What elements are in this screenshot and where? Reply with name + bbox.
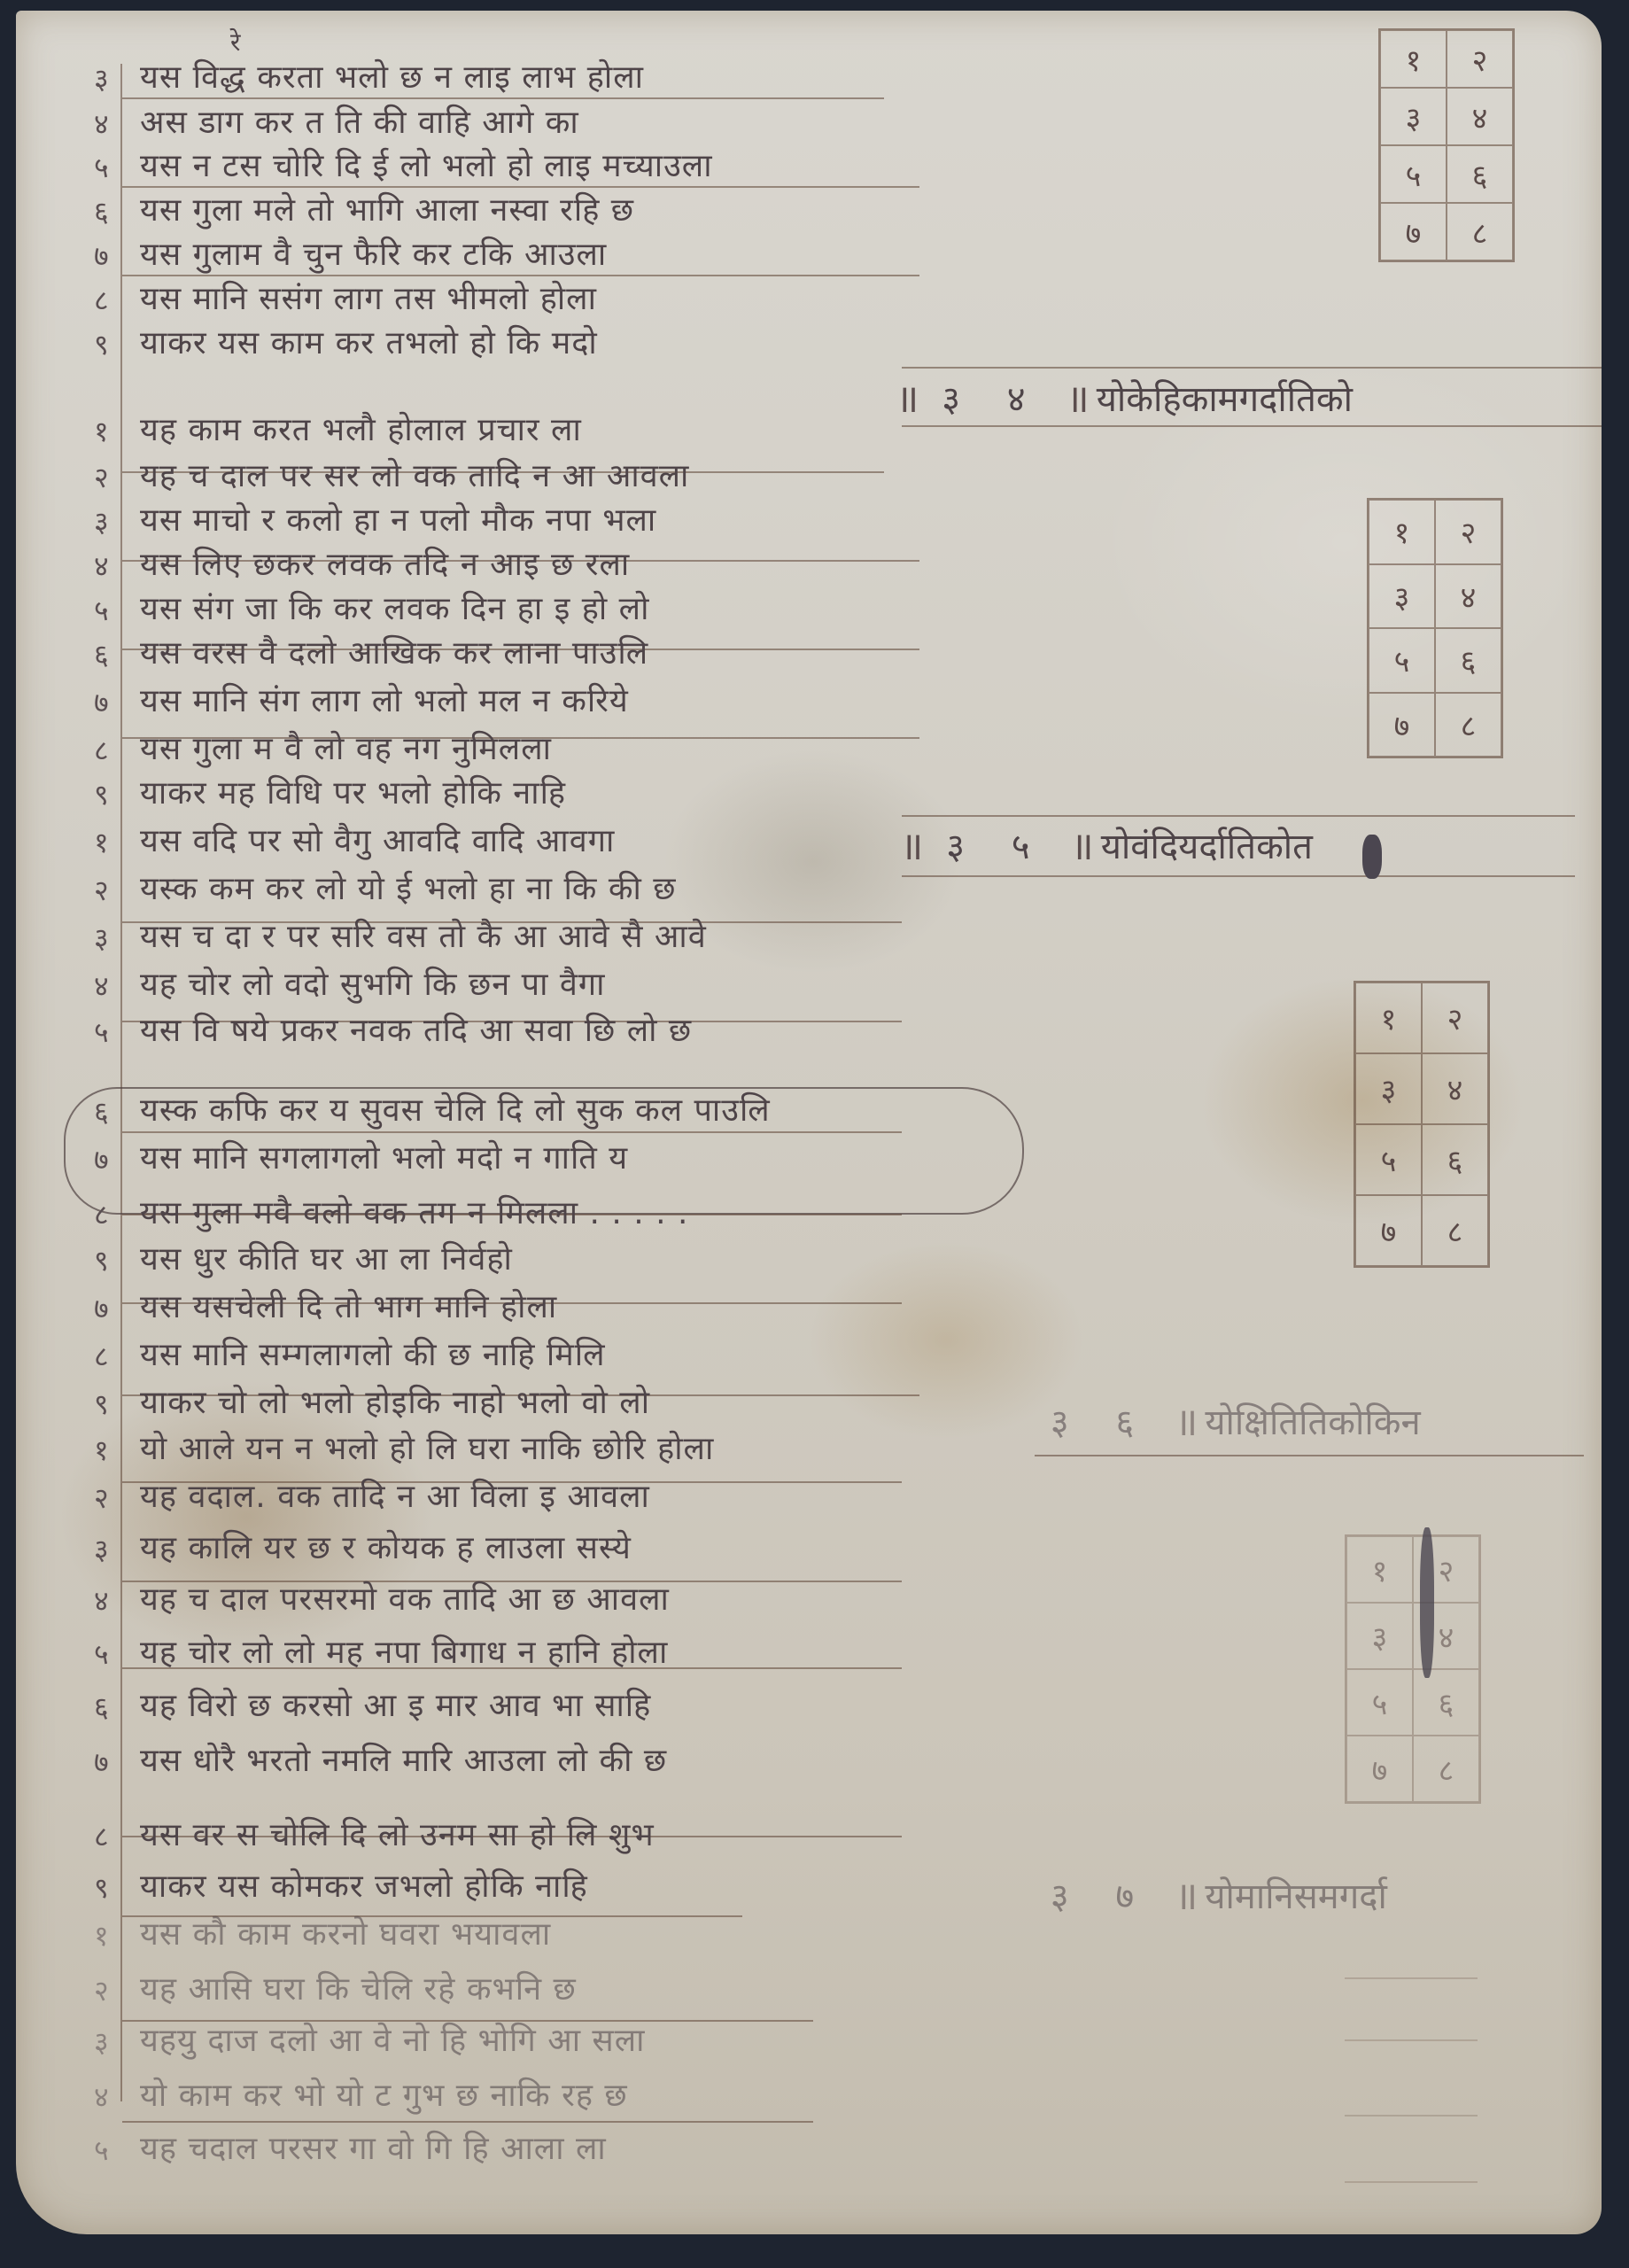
text-row: ४यस लिए छकर लवक तदि न आइ छ रला	[94, 544, 630, 585]
number-grid: १ २ ३ ४ ५ ६ ७ ८	[1354, 981, 1490, 1268]
grid-cell: ८	[1413, 1736, 1479, 1802]
double-bar: ॥	[1070, 818, 1093, 871]
grid-cell: ४	[1447, 88, 1513, 145]
number-grid: १ २ ३ ४ ५ ६ ७ ८	[1378, 28, 1515, 262]
faint-rule	[1345, 2115, 1478, 2117]
grid-cell: ५	[1380, 145, 1447, 203]
text-row: ९याकर मह विधि पर भलो होकि नाहि	[94, 773, 566, 813]
grid-cell: ३	[1380, 88, 1447, 145]
double-bar: ॥	[1066, 370, 1089, 423]
text-row: ४यो काम कर भो यो ट गुभ छ नाकि रह छ	[94, 2075, 628, 2116]
header-rule-bottom	[902, 875, 1575, 877]
text-row: १यह काम करत भलौ होलाल प्रचार ला	[94, 409, 582, 450]
text-row-circled: ६यस्क कफि कर य सुवस चेलि दि लो सुक कल पा…	[94, 1090, 771, 1130]
text-row: ६यस वरस वै दलो आखिक कर लाना पाउलि	[94, 633, 648, 673]
text-row: ५यह चदाल परसर गा वो गि हि आला ला	[94, 2128, 607, 2169]
text-row: ६यह विरो छ करसो आ इ मार आव भा साहि	[94, 1685, 651, 1726]
manuscript-page: रे ३यस विद्ध करता भलो छ न लाइ लाभ होला ४…	[16, 11, 1602, 2234]
grid-cell: १	[1369, 500, 1435, 564]
grid-cell: ५	[1369, 628, 1435, 693]
faint-rule	[1345, 2039, 1478, 2041]
text-row: ३यस च दा र पर सरि वस तो कै आ आवे सै आवे	[94, 916, 707, 957]
ruled-line	[122, 1667, 902, 1669]
double-bar: ॥	[896, 370, 919, 423]
text-row: ४यह चोर लो वदो सुभगि कि छन पा वैगा	[94, 964, 605, 1005]
text-row: ३यहयु दाज दलो आ वे नो हि भोगि आ सला	[94, 2020, 646, 2061]
text-row: ९याकर यस कोमकर जभलो होकि नाहि	[94, 1866, 588, 1907]
section-header: ॥ ३ ४ ॥ योकेहिकामगर्दातिको	[888, 365, 1353, 429]
grid-cell: ७	[1380, 203, 1447, 260]
section-number: ३ ४	[926, 373, 1059, 422]
section-number: ३ ७	[1035, 1870, 1167, 1919]
grid-cell: ६	[1447, 145, 1513, 203]
text-row: ८यस मानि सम्गलागलो की छ नाहि मिलि	[94, 1334, 606, 1375]
text-row: ५यस वि षये प्रकर नवक तदि आ सवा छि लो छ	[94, 1010, 692, 1051]
text-row: ८यस मानि ससंग लाग तस भीमलो होला	[94, 278, 597, 319]
text-row: २यह वदाल. वक तादि न आ विला इ आवला	[94, 1476, 650, 1517]
text-row: २यह आसि घरा कि चेलि रहे कभनि छ	[94, 1969, 577, 2009]
section-number: ३ ५	[930, 820, 1063, 869]
section-title: योकेहिकामगर्दातिको	[1097, 373, 1353, 422]
grid-cell: ६	[1435, 628, 1501, 693]
grid-cell: ३	[1369, 564, 1435, 629]
section-title: योक्षितितिकोकिन	[1205, 1396, 1420, 1445]
section-title: योवंदियर्दातिकोत	[1101, 820, 1313, 869]
text-row: ७यस यसचेली दि तो भाग मानि होला	[94, 1286, 557, 1327]
section-header: ३ ७ ॥ योमानिसमगर्दा	[1035, 1862, 1387, 1926]
header-rule-bottom	[1035, 1455, 1584, 1456]
grid-cell: ५	[1346, 1669, 1413, 1736]
grid-cell: ४	[1435, 564, 1501, 629]
grid-cell: ८	[1422, 1195, 1488, 1266]
grid-cell: ४	[1422, 1053, 1488, 1124]
grid-cell: ३	[1346, 1603, 1413, 1669]
text-row: ३यस माचो र कलो हा न पलो मौक नपा भला	[94, 500, 656, 540]
double-bar: ॥	[1175, 1394, 1198, 1447]
grid-cell: ६	[1422, 1124, 1488, 1195]
text-row: ७यस धोरै भरतो नमलि मारि आउला लो की छ	[94, 1740, 667, 1781]
text-row: ४यह च दाल परसरमो वक तादि आ छ आवला	[94, 1579, 670, 1619]
double-bar: ॥	[1175, 1868, 1198, 1921]
text-row: ९याकर चो लो भलो होइकि नाहो भलो वो लो	[94, 1382, 650, 1423]
text-row: २यह च दाल पर सर लो वक तादि न आ आवला	[94, 455, 689, 496]
section-number: ३ ६	[1035, 1396, 1167, 1445]
left-margin-rule	[120, 64, 122, 2101]
grid-cell: २	[1422, 983, 1488, 1053]
text-row: २यस्क कम कर लो यो ई भलो हा ना कि की छ	[94, 868, 677, 909]
grid-cell: ८	[1447, 203, 1513, 260]
text-row: १यो आले यन न भलो हो लि घरा नाकि छोरि होल…	[94, 1428, 714, 1469]
grid-cell: ७	[1346, 1736, 1413, 1802]
faint-rule	[1345, 1977, 1478, 1979]
text-row: ५यस संग जा कि कर लवक दिन हा इ हो लो	[94, 588, 649, 629]
text-row: ८यस वर स चोलि दि लो उनम सा हो लि शुभ	[94, 1814, 655, 1855]
grid-cell: १	[1380, 30, 1447, 88]
text-row: ९यस धुर कीति घर आ ला निर्वहो	[94, 1239, 513, 1279]
ink-blot	[1362, 835, 1382, 879]
text-row: ४अस डाग कर त ति की वाहि आगे का	[94, 102, 579, 143]
text-row: ३यह कालि यर छ र कोयक ह लाउला सस्ये	[94, 1527, 632, 1568]
section-header: ३ ६ ॥ योक्षितितिकोकिन	[1035, 1388, 1421, 1452]
number-grid: १ २ ३ ४ ५ ६ ७ ८	[1345, 1534, 1481, 1804]
grid-cell: ७	[1369, 693, 1435, 757]
text-row-circled: ७यस मानि सगलागलो भलो मदो न गाति य	[94, 1138, 628, 1178]
text-row: ५यस न टस चोरि दि ई लो भलो हो लाइ मच्याउल…	[94, 145, 713, 186]
section-header: ॥ ३ ५ ॥ योवंदियर्दातिकोत	[893, 812, 1313, 876]
grid-cell: १	[1346, 1536, 1413, 1603]
text-row: ३यस विद्ध करता भलो छ न लाइ लाभ होला	[94, 57, 644, 97]
grid-cell: १	[1355, 983, 1422, 1053]
number-grid: १ २ ३ ४ ५ ६ ७ ८	[1367, 498, 1503, 758]
grid-cell: ५	[1355, 1124, 1422, 1195]
text-row: ९याकर यस काम कर तभलो हो कि मदो	[94, 322, 598, 363]
ink-blot	[1420, 1527, 1434, 1678]
text-row: ७यस गुलाम वै चुन फैरि कर टकि आउला	[94, 234, 607, 275]
text-row: १यस वदि पर सो वैगु आवदि वादि आवगा	[94, 820, 615, 861]
text-row: ८यस गुला म वै लो वह नग नुमिलला	[94, 728, 552, 769]
grid-cell: २	[1447, 30, 1513, 88]
text-row: ७यस मानि संग लाग लो भलो मल न करिये	[94, 680, 629, 721]
section-title: योमानिसमगर्दा	[1205, 1870, 1386, 1919]
text-row: १यस कौ काम करनो घवरा भयावला	[94, 1914, 551, 1954]
grid-cell: २	[1435, 500, 1501, 564]
ruled-line	[122, 2121, 813, 2123]
text-row: ६यस गुला मले तो भागि आला नस्वा रहि छ	[94, 190, 634, 230]
grid-cell: ७	[1355, 1195, 1422, 1266]
ruled-line	[122, 1131, 902, 1133]
grid-cell: ६	[1413, 1669, 1479, 1736]
text-row: ८यस गुला मवै वलो वक तग न मिलला . . . . .	[94, 1192, 688, 1233]
double-bar: ॥	[900, 818, 923, 871]
faint-rule	[1345, 2181, 1478, 2183]
grid-cell: ३	[1355, 1053, 1422, 1124]
grid-cell: ८	[1435, 693, 1501, 757]
header-rule-bottom	[902, 425, 1602, 427]
